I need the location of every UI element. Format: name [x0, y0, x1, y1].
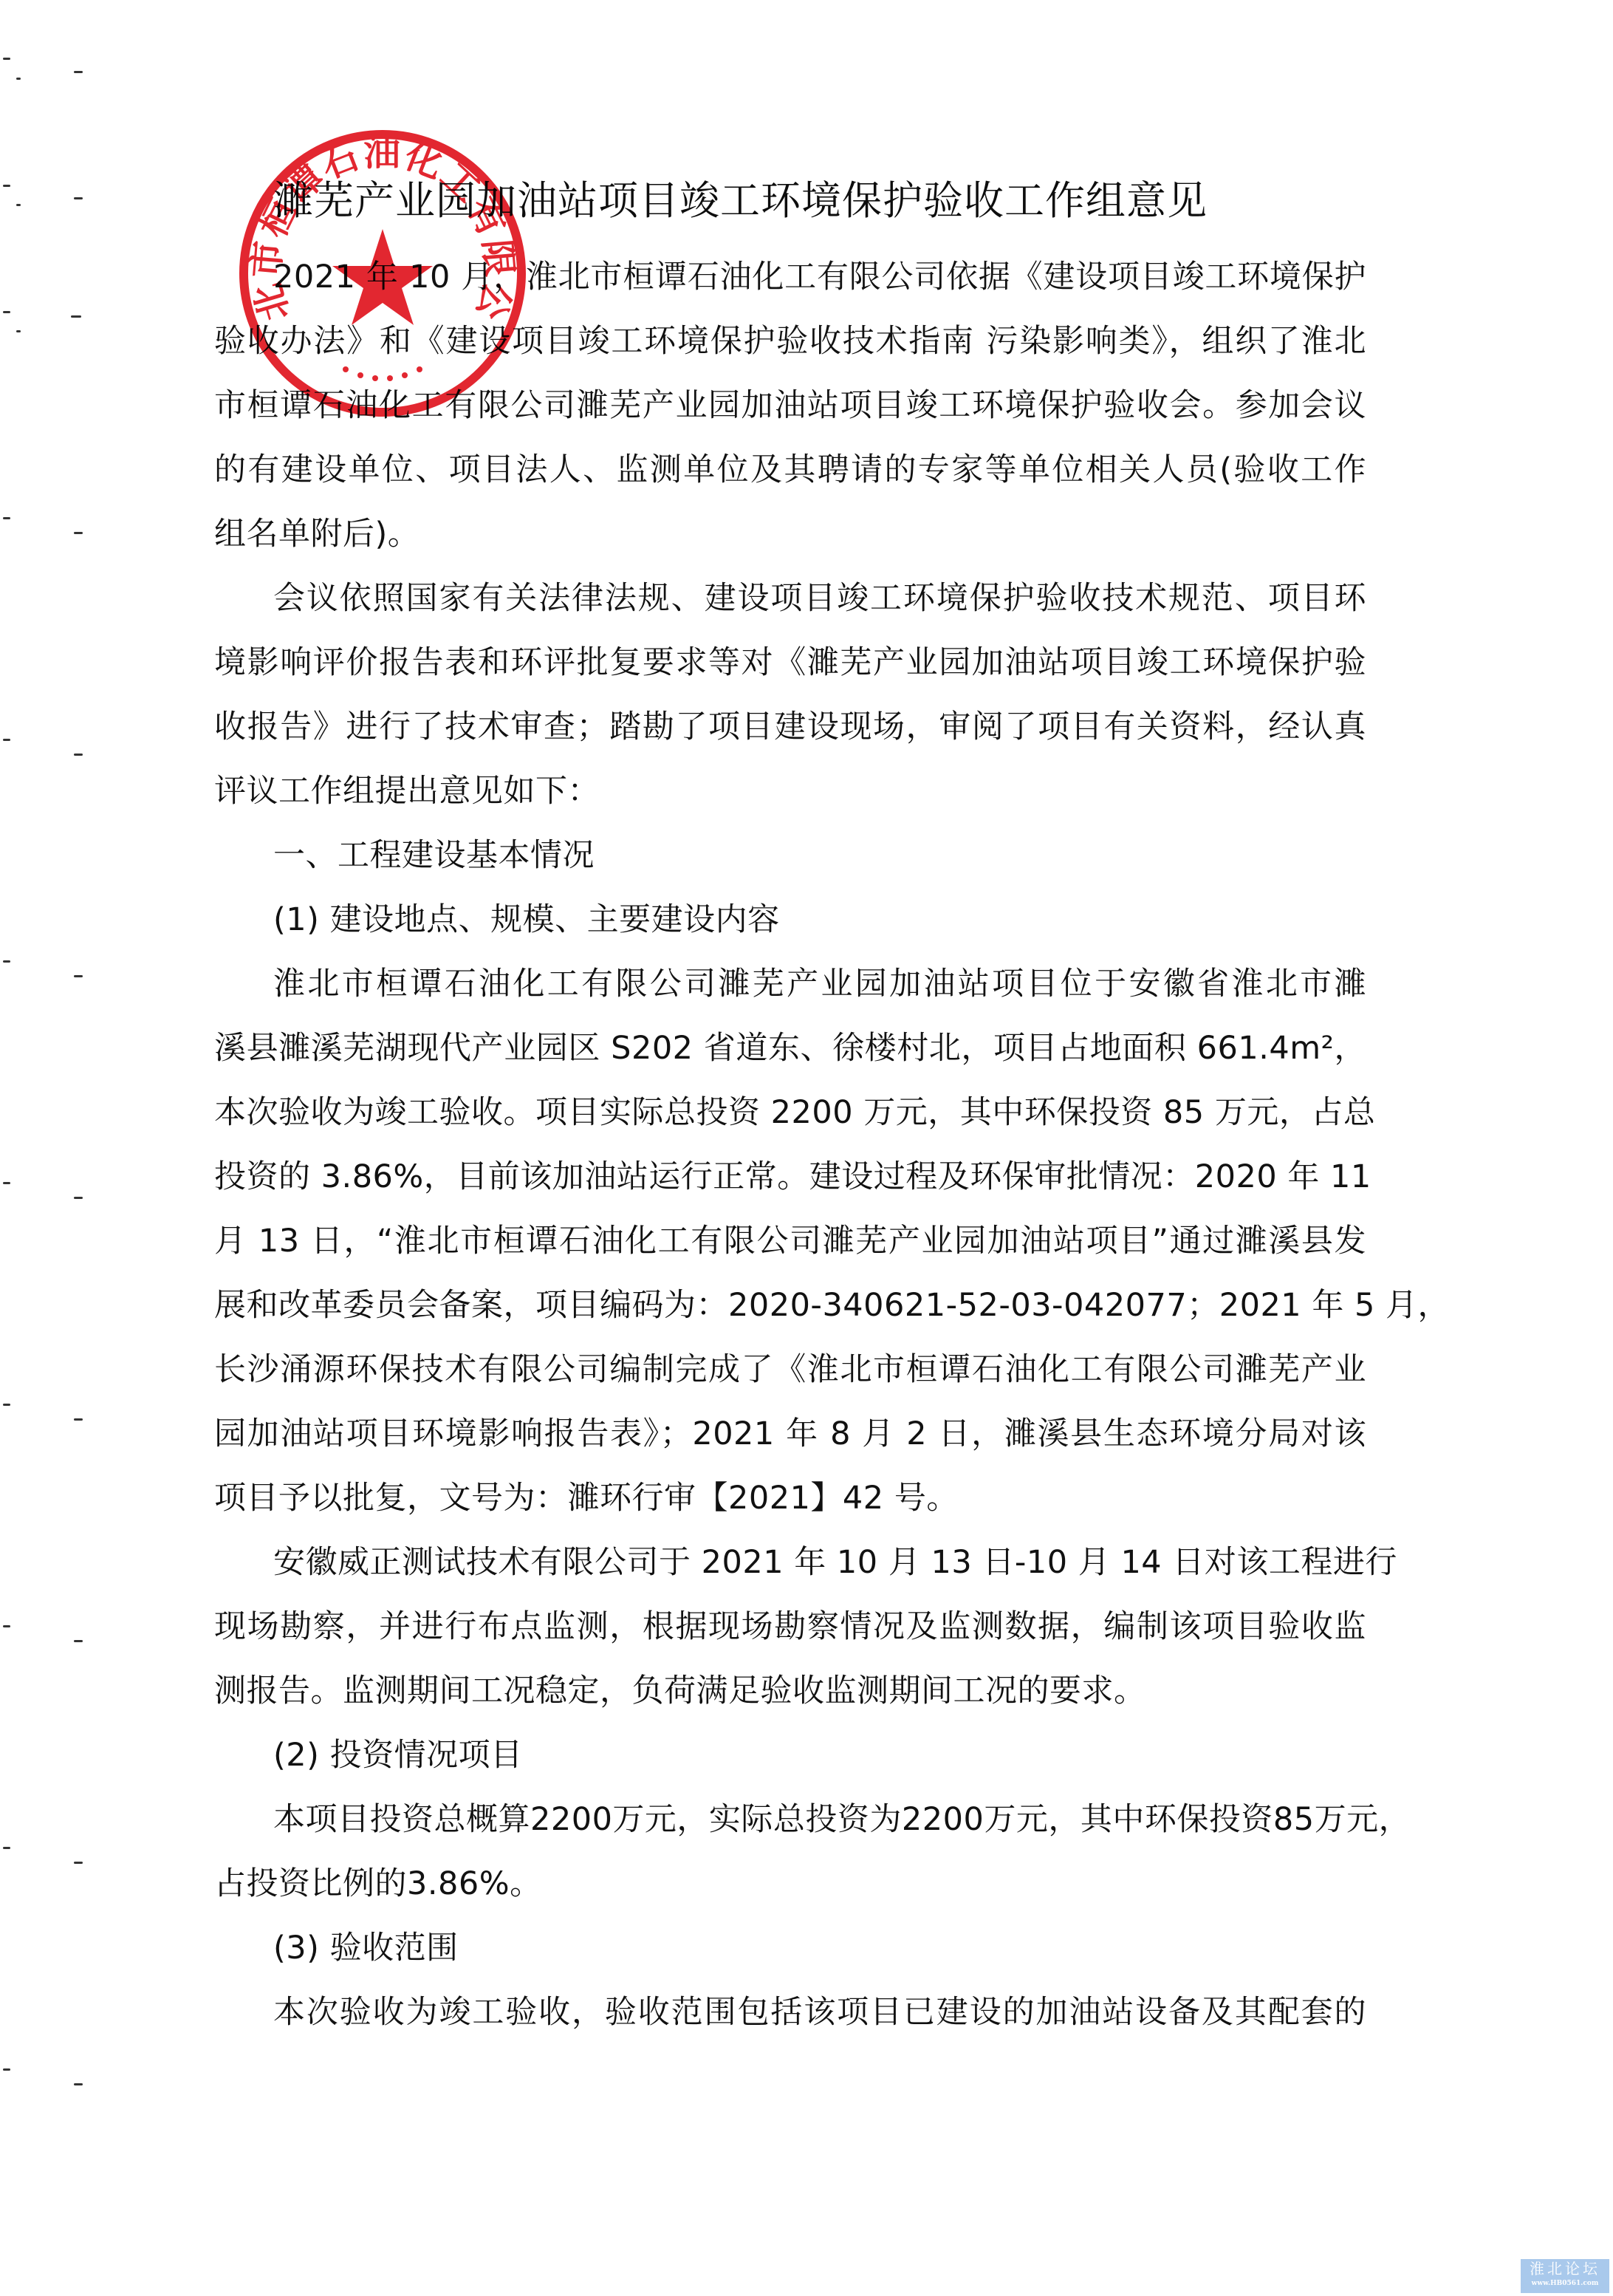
paragraph-line: 收报告》进行了技术审查；踏勘了项目建设现场，审阅了项目有关资料，经认真 — [214, 695, 1366, 759]
paragraph-line: 市桓谭石油化工有限公司濉芜产业园加油站项目竣工环境保护验收会。参加会议 — [214, 374, 1366, 438]
paragraph-line: 评议工作组提出意见如下： — [214, 759, 1366, 824]
paragraph-line: 现场勘察，并进行布点监测，根据现场勘察情况及监测数据，编制该项目验收监 — [214, 1595, 1366, 1659]
paragraph-line: 测报告。监测期间工况稳定，负荷满足验收监测期间工况的要求。 — [214, 1659, 1366, 1723]
paragraph-line: 本次验收为竣工验收。项目实际总投资 2200 万元，其中环保投资 85 万元，占… — [214, 1081, 1366, 1145]
paragraph-line: 淮北市桓谭石油化工有限公司濉芜产业园加油站项目位于安徽省淮北市濉 — [214, 952, 1366, 1017]
document-title: 濉芜产业园加油站项目竣工环境保护验收工作组意见 — [273, 171, 1352, 230]
section-heading: 一、工程建设基本情况 — [214, 824, 1366, 888]
paragraph-line: 组名单附后)。 — [214, 502, 1366, 567]
paragraph-line: 验收办法》和《建设项目竣工环境保护验收技术指南 污染影响类》，组织了淮北 — [214, 310, 1366, 374]
paragraph-line: 境影响评价报告表和环评批复要求等对《濉芜产业园加油站项目竣工环境保护验 — [214, 631, 1366, 695]
paragraph-line: 本项目投资总概算2200万元，实际总投资为2200万元，其中环保投资85万元， — [214, 1788, 1366, 1852]
document-body: 2021 年 10 月，淮北市桓谭石油化工有限公司依据《建设项目竣工环境保护 验… — [214, 245, 1366, 2045]
forum-watermark: 淮北论坛 www.HB0561.com — [1521, 2259, 1609, 2293]
watermark-url: www.HB0561.com — [1521, 2278, 1609, 2289]
paragraph-line: 月 13 日，“淮北市桓谭石油化工有限公司濉芜产业园加油站项目”通过濉溪县发 — [214, 1209, 1366, 1274]
subsection-heading: (2) 投资情况项目 — [214, 1723, 1366, 1788]
paragraph-line: 项目予以批复，文号为：濉环行审【2021】42 号。 — [214, 1466, 1366, 1531]
paragraph-line: 2021 年 10 月，淮北市桓谭石油化工有限公司依据《建设项目竣工环境保护 — [214, 245, 1366, 310]
paragraph-line: 安徽威正测试技术有限公司于 2021 年 10 月 13 日-10 月 14 日… — [214, 1531, 1366, 1595]
subsection-heading: (1) 建设地点、规模、主要建设内容 — [214, 888, 1366, 952]
scan-margin-marks — [0, 0, 89, 2296]
paragraph-line: 本次验收为竣工验收，验收范围包括该项目已建设的加油站设备及其配套的 — [214, 1981, 1366, 2045]
paragraph-line: 展和改革委员会备案，项目编码为：2020-340621-52-03-042077… — [214, 1274, 1366, 1338]
paragraph-line: 溪县濉溪芜湖现代产业园区 S202 省道东、徐楼村北，项目占地面积 661.4m… — [214, 1017, 1366, 1081]
paragraph-line: 占投资比例的3.86%。 — [214, 1852, 1366, 1916]
paragraph-line: 的有建设单位、项目法人、监测单位及其聘请的专家等单位相关人员(验收工作 — [214, 438, 1366, 502]
watermark-title: 淮北论坛 — [1521, 2259, 1609, 2278]
document-page: 濉芜产业园加油站项目竣工环境保护验收工作组意见 2021 年 10 月，淮北市桓… — [0, 0, 1613, 2296]
paragraph-line: 园加油站项目环境影响报告表》；2021 年 8 月 2 日，濉溪县生态环境分局对… — [214, 1402, 1366, 1466]
paragraph-line: 会议依照国家有关法律法规、建设项目竣工环境保护验收技术规范、项目环 — [214, 567, 1366, 631]
subsection-heading: (3) 验收范围 — [214, 1916, 1366, 1981]
paragraph-line: 长沙涌源环保技术有限公司编制完成了《淮北市桓谭石油化工有限公司濉芜产业 — [214, 1338, 1366, 1402]
paragraph-line: 投资的 3.86%，目前该加油站运行正常。建设过程及环保审批情况：2020 年 … — [214, 1145, 1366, 1209]
